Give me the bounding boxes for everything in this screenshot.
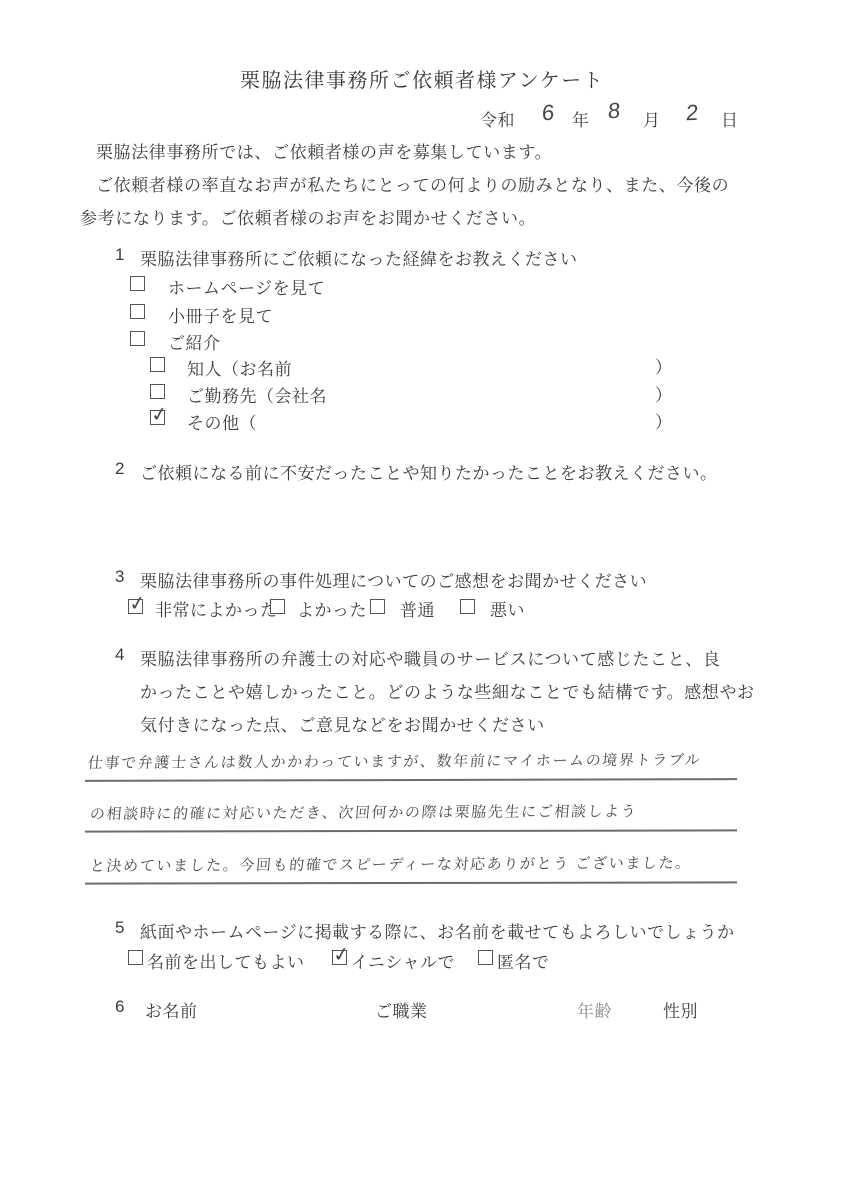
q5-text: 紙面やホームページに掲載する際に、お名前を載せてもよろしいでしょうか bbox=[140, 918, 735, 943]
q3-text: 栗脇法律事務所の事件処理についてのご感想をお聞かせください bbox=[140, 567, 647, 592]
q3-option-good-label: よかった bbox=[297, 596, 367, 621]
q1-suboption-other-close-paren: ） bbox=[655, 408, 672, 433]
q1-number: 1 bbox=[115, 245, 124, 265]
q4-number: 4 bbox=[115, 645, 124, 665]
q3-number: 3 bbox=[115, 567, 124, 587]
q3-checkbox-bad[interactable] bbox=[460, 599, 475, 614]
q4-text-line-2: かったことや嬉しかったこと。どのような些細なことでも結構です。感想やお bbox=[140, 678, 755, 703]
intro-line-2: ご依頼者様の率直なお声が私たちにとっての何よりの励みとなり、また、今後の bbox=[96, 171, 729, 196]
q6-field-gender-label: 性別 bbox=[663, 997, 698, 1022]
q2-text: ご依頼になる前に不安だったことや知りたかったことをお教えください。 bbox=[140, 459, 718, 484]
q1-suboption-employer-close-paren: ） bbox=[655, 381, 672, 406]
q1-suboption-employer-label: ご勤務先（会社名 bbox=[187, 382, 327, 407]
q6-field-occupation-label: ご職業 bbox=[375, 997, 428, 1022]
q5-number: 5 bbox=[115, 918, 124, 938]
q3-checkbox-excellent[interactable]: ✓ bbox=[128, 599, 143, 614]
q6-field-name-label: お名前 bbox=[145, 997, 198, 1022]
q3-option-excellent-label: 非常によかった bbox=[155, 596, 278, 621]
q6-number: 6 bbox=[115, 997, 124, 1017]
q5-checkbox-initials[interactable]: ✓ bbox=[332, 950, 347, 965]
q3-option-average-label: 普通 bbox=[400, 596, 435, 621]
page-title: 栗脇法律事務所ご依頼者様アンケート bbox=[240, 64, 604, 93]
q3-checkmark-excellent: ✓ bbox=[127, 590, 147, 616]
q1-suboption-other-label: その他（ bbox=[187, 409, 257, 434]
q1-suboption-acquaintance-close-paren: ） bbox=[655, 353, 672, 378]
q1-text: 栗脇法律事務所にご依頼になった経緯をお教えください bbox=[140, 245, 578, 270]
q5-checkbox-real-name[interactable] bbox=[128, 950, 143, 965]
q1-checkbox-employer[interactable] bbox=[150, 384, 165, 399]
q1-checkbox-homepage[interactable] bbox=[130, 276, 145, 291]
q1-checkmark-other: ✓ bbox=[149, 401, 169, 427]
q4-handwritten-answer-line-3: と決めていました。今回も的確でスピーディーな対応ありがとう ございました。 bbox=[89, 852, 693, 876]
q5-option-initials-label: イニシャルで bbox=[351, 948, 455, 973]
q3-checkbox-average[interactable] bbox=[370, 599, 385, 614]
q4-text-line-3: 気付きになった点、ご意見などをお聞かせください bbox=[140, 711, 545, 736]
q5-checkbox-anonymous[interactable] bbox=[478, 950, 493, 965]
q1-checkbox-referral[interactable] bbox=[130, 331, 145, 346]
intro-line-1: 栗脇法律事務所では、ご依頼者様の声を募集しています。 bbox=[96, 138, 552, 163]
intro-line-3: 参考になります。ご依頼者様のお声をお聞かせください。 bbox=[80, 204, 536, 229]
q1-checkbox-other[interactable]: ✓ bbox=[150, 410, 165, 425]
q2-number: 2 bbox=[115, 459, 124, 479]
q4-handwritten-answer-line-1: 仕事で弁護士さんは数人かかわっていますが、数年前にマイホームの境界トラブル bbox=[87, 749, 702, 773]
date-month-value: 8 bbox=[607, 98, 621, 124]
date-day-value: 2 bbox=[685, 100, 699, 126]
date-year-unit: 年 bbox=[572, 106, 590, 131]
q1-option-homepage-label: ホームページを見て bbox=[168, 274, 325, 299]
survey-document: 栗脇法律事務所ご依頼者様アンケート 令和 6 年 8 月 2 日 栗脇法律事務所… bbox=[0, 0, 850, 1202]
q4-answer-rule-2 bbox=[85, 829, 737, 832]
q4-text-line-1: 栗脇法律事務所の弁護士の対応や職員のサービスについて感じたこと、良 bbox=[140, 645, 720, 670]
q6-field-age-label: 年齢 bbox=[577, 997, 612, 1022]
q3-option-bad-label: 悪い bbox=[490, 596, 525, 621]
q4-answer-rule-1 bbox=[85, 778, 737, 782]
q4-handwritten-answer-line-2: の相談時に的確に対応いただき、次回何かの際は栗脇先生にご相談しよう bbox=[89, 800, 638, 824]
date-era-label: 令和 bbox=[480, 106, 515, 131]
q5-option-anonymous-label: 匿名で bbox=[497, 948, 550, 973]
date-day-unit: 日 bbox=[721, 106, 739, 131]
q4-answer-rule-3 bbox=[85, 881, 737, 884]
q5-option-real-name-label: 名前を出してもよい bbox=[147, 948, 305, 973]
q1-option-referral-label: ご紹介 bbox=[168, 329, 221, 354]
q1-checkbox-acquaintance[interactable] bbox=[150, 357, 165, 372]
q1-checkbox-booklet[interactable] bbox=[130, 304, 145, 319]
q1-suboption-acquaintance-label: 知人（お名前 bbox=[187, 355, 292, 380]
date-month-unit: 月 bbox=[643, 106, 661, 131]
q5-checkmark-initials: ✓ bbox=[331, 941, 351, 967]
q1-option-booklet-label: 小冊子を見て bbox=[168, 302, 273, 327]
date-year-value: 6 bbox=[541, 100, 555, 126]
q3-checkbox-good[interactable] bbox=[270, 599, 285, 614]
